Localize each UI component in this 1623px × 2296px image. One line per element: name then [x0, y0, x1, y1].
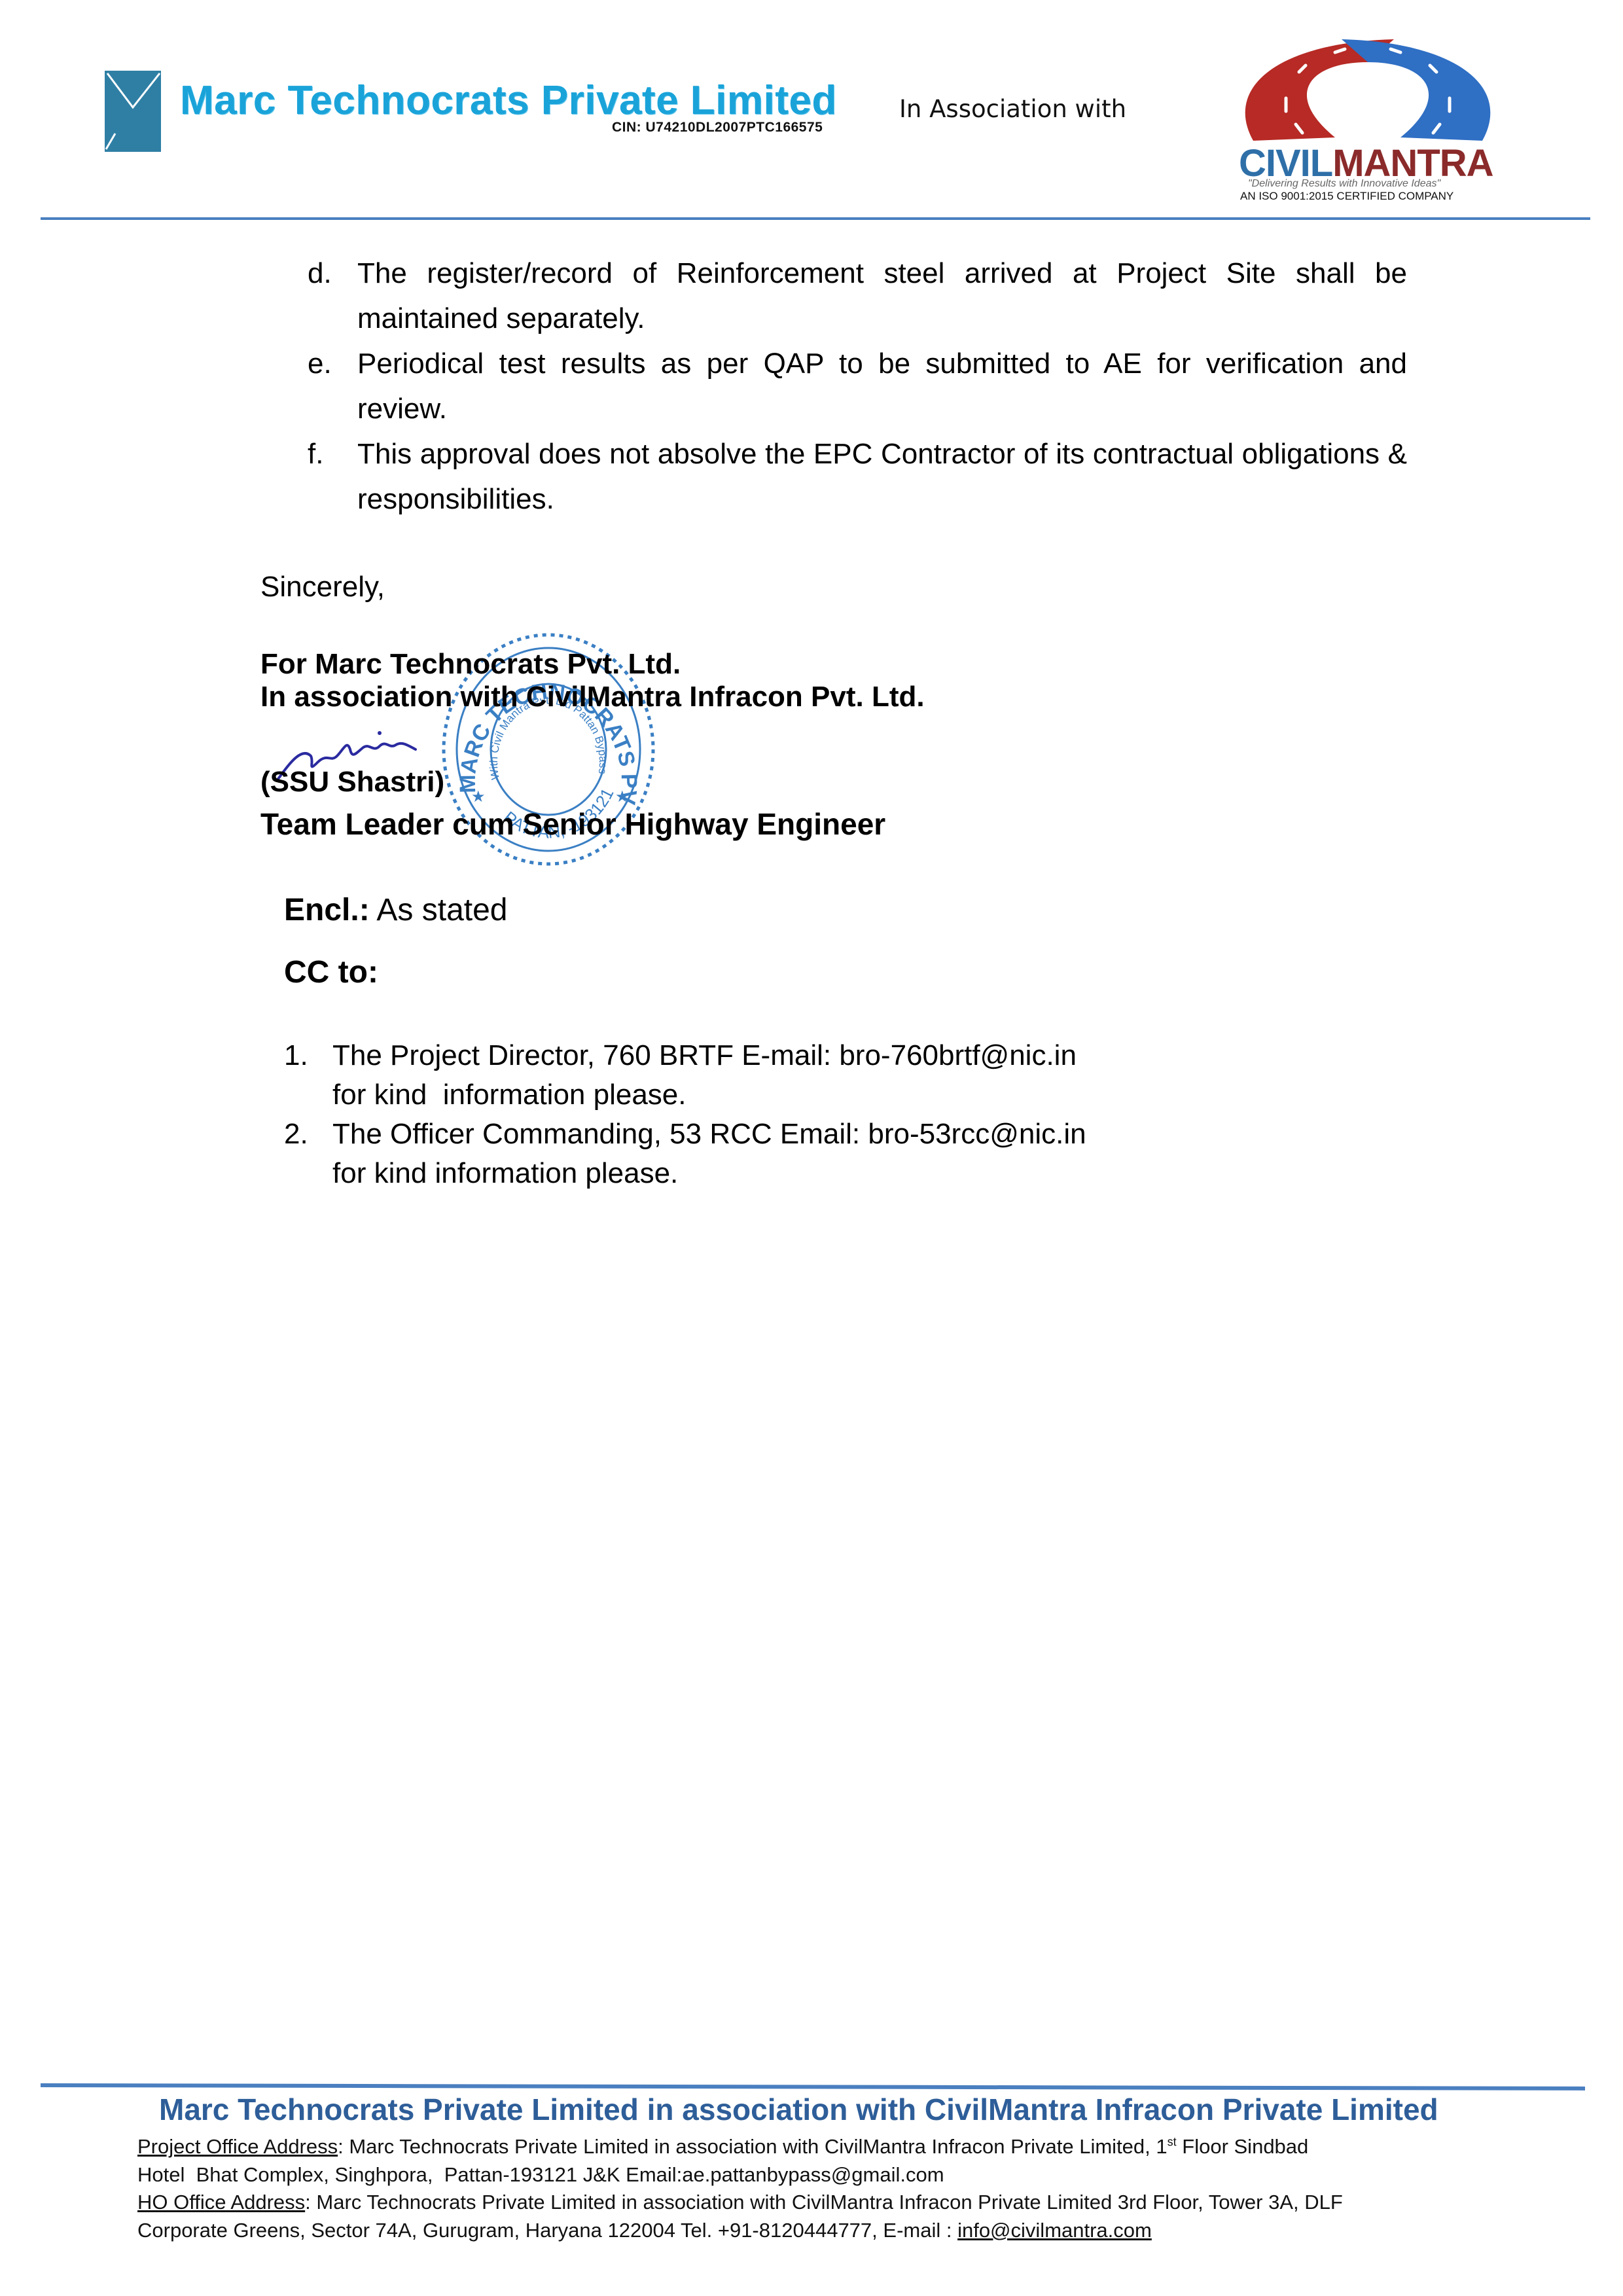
for-company-line: For Marc Technocrats Pvt. Ltd.: [260, 648, 681, 681]
condition-text: The register/record of Reinforcement ste…: [357, 251, 1407, 341]
footer-title: Marc Technocrats Private Limited in asso…: [159, 2092, 1438, 2127]
cc-line: The Officer Commanding, 53 RCC Email: br…: [332, 1115, 1086, 1154]
signatory-title: Team Leader cum Senior Highway Engineer: [260, 806, 885, 842]
project-office-address: Project Office Address: Marc Technocrats…: [137, 2135, 1308, 2159]
cc-line: The Project Director, 760 BRTF E-mail: b…: [332, 1036, 1077, 1075]
svg-text:★: ★: [471, 788, 486, 806]
cc-number: 2.: [284, 1115, 308, 1154]
condition-item-d: d. The register/record of Reinforcement …: [308, 251, 1407, 341]
condition-item-e: e. Periodical test results as per QAP to…: [308, 341, 1407, 431]
enclosure-label: Encl.:: [284, 893, 370, 927]
header-divider: [41, 217, 1590, 220]
company-cin: CIN: U74210DL2007PTC166575: [612, 120, 823, 135]
project-office-address-line2: Hotel Bhat Complex, Singhpora, Pattan-19…: [137, 2163, 944, 2187]
cc-item: 1. The Project Director, 760 BRTF E-mail…: [284, 1036, 1077, 1115]
civilmantra-tagline: "Delivering Results with Innovative Idea…: [1248, 178, 1440, 190]
marc-technocrats-logo-icon: [105, 71, 161, 152]
cc-item: 2. The Officer Commanding, 53 RCC Email:…: [284, 1115, 1086, 1193]
ho-office-address: HO Office Address: Marc Technocrats Priv…: [137, 2191, 1343, 2214]
ho-office-label: HO Office Address: [137, 2191, 305, 2214]
footer-divider: [41, 2083, 1585, 2090]
iso-certification: AN ISO 9001:2015 CERTIFIED COMPANY: [1240, 190, 1454, 203]
condition-item-f: f. This approval does not absolve the EP…: [308, 431, 1407, 522]
condition-text: Periodical test results as per QAP to be…: [357, 341, 1407, 431]
enclosure-value: As stated: [376, 893, 507, 927]
association-line: In association with CivilMantra Infracon…: [260, 681, 925, 713]
cc-line: for kind information please.: [332, 1154, 1086, 1193]
association-text: In Association with: [899, 95, 1126, 123]
cc-label: CC to:: [284, 954, 378, 990]
cc-line: for kind information please.: [332, 1075, 1077, 1115]
salutation: Sincerely,: [260, 571, 385, 603]
ho-office-address-line2: Corporate Greens, Sector 74A, Gurugram, …: [137, 2219, 1152, 2242]
signatory-name: (SSU Shastri): [260, 766, 444, 798]
company-name: Marc Technocrats Private Limited: [180, 77, 837, 124]
list-marker: f.: [308, 431, 323, 476]
footer-email-link[interactable]: info@civilmantra.com: [957, 2219, 1152, 2242]
cc-number: 1.: [284, 1036, 308, 1075]
enclosure: Encl.: As stated: [284, 892, 507, 928]
project-office-label: Project Office Address: [137, 2135, 338, 2158]
list-marker: e.: [308, 341, 332, 386]
svg-text:★: ★: [615, 788, 630, 806]
condition-text: This approval does not absolve the EPC C…: [357, 431, 1407, 522]
list-marker: d.: [308, 251, 332, 296]
